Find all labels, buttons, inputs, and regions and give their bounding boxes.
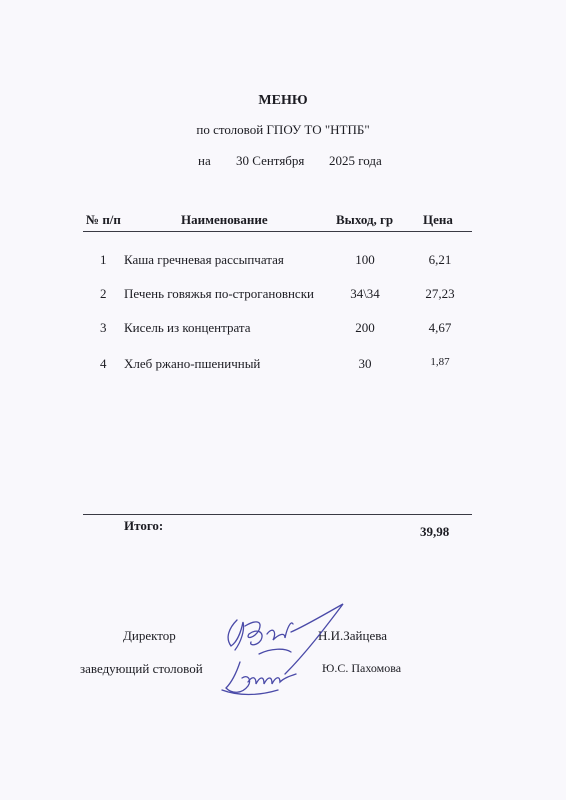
total-value: 39,98	[420, 524, 449, 540]
canteen-manager-role: заведующий столовой	[80, 661, 203, 677]
date-year: 2025 года	[329, 153, 382, 169]
header-price: Цена	[423, 212, 453, 228]
header-divider	[83, 231, 472, 232]
total-divider	[83, 514, 472, 515]
date-day-month: 30 Сентября	[236, 153, 304, 169]
row-number: 2	[100, 286, 107, 302]
row-number: 1	[100, 252, 107, 268]
row-price: 27,23	[405, 286, 475, 302]
canteen-manager-signature	[218, 660, 318, 705]
header-num: № п/п	[86, 212, 121, 228]
document-title: МЕНЮ	[0, 93, 566, 109]
row-number: 3	[100, 320, 107, 336]
row-number: 4	[100, 356, 107, 372]
row-name: Хлеб ржано-пшеничный	[124, 356, 260, 372]
row-price: 4,67	[405, 320, 475, 336]
row-price: 6,21	[405, 252, 475, 268]
document-subtitle: по столовой ГПОУ ТО "НТПБ"	[0, 122, 566, 138]
row-name: Кисель из концентрата	[124, 320, 251, 336]
row-output: 200	[320, 320, 410, 336]
header-output: Выход, гр	[336, 212, 393, 228]
date-prefix: на	[198, 153, 211, 169]
row-output: 30	[320, 356, 410, 372]
row-name: Каша гречневая рассыпчатая	[124, 252, 284, 268]
total-label: Итого:	[124, 518, 163, 534]
row-output: 100	[320, 252, 410, 268]
row-price: 1,87	[405, 356, 475, 368]
header-name: Наименование	[181, 212, 268, 228]
director-role: Директор	[123, 628, 176, 644]
row-name: Печень говяжья по-строгановнски	[124, 286, 314, 302]
row-output: 34\34	[320, 286, 410, 302]
